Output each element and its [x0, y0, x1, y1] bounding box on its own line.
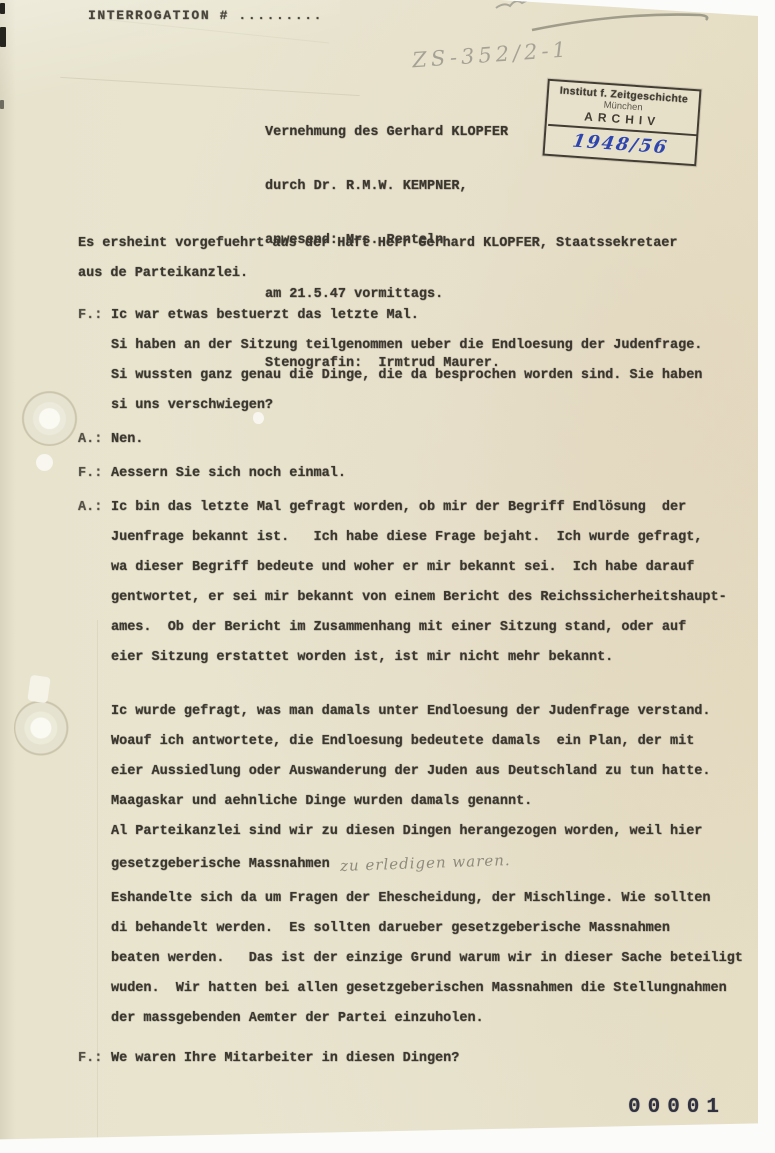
transcript-block: F.:Ic war etwas bestuerzt das letzte Mal…: [78, 301, 750, 421]
document-header: INTERROGATION # .........: [88, 8, 323, 23]
speaker-label: F.:: [78, 1044, 102, 1074]
transcript-line: gentwortet, er sei mir bekannt von einem…: [111, 583, 750, 613]
transcript-block: Es ersheint vorgefuehrt aus der Haft Her…: [78, 229, 750, 289]
scan-edge-mark: [0, 3, 5, 14]
transcript-line: Maagaskar und aehnliche Dinge wurden dam…: [111, 787, 750, 817]
transcript-line: Nen.: [111, 425, 750, 455]
transcript-line: eier Aussiedlung oder Auswanderung der J…: [111, 757, 750, 787]
transcript-line: Si haben an der Sitzung teilgenommen ueb…: [111, 331, 750, 361]
transcript-line: Eshandelte sich da um Fragen der Ehesche…: [111, 884, 750, 914]
transcript-block: A.:Ic bin das letzte Mal gefragt worden,…: [78, 493, 750, 1034]
transcript-line: wa dieser Begriff bedeute und woher er m…: [111, 553, 750, 583]
scan-edge-mark: [0, 100, 4, 109]
transcript-line: Woauf ich antwortete, die Endloesung bed…: [111, 727, 750, 757]
transcript-line: di behandelt werden. Es sollten darueber…: [111, 914, 750, 944]
heading-line: Vernehmung des Gerhard KLOPFER: [265, 124, 508, 142]
paper-patch: [27, 675, 50, 704]
heading-line: durch Dr. R.M.W. KEMPNER,: [265, 178, 508, 196]
punch-hole-reinforcement: [14, 699, 70, 757]
transcript-block: F.:Aessern Sie sich noch einmal.: [78, 459, 750, 489]
speaker-label: F.:: [78, 301, 102, 331]
punch-hole-reinforcement: [21, 389, 78, 446]
transcript-block: A.:Nen.: [78, 425, 750, 455]
speaker-label: A.:: [78, 425, 102, 455]
transcript-line: Si wussten ganz genau die Dinge, die da …: [111, 361, 750, 391]
archive-stamp: Institut f. Zeitgeschichte München ARCHI…: [543, 79, 702, 167]
page-number-stamp: 00001: [628, 1096, 726, 1119]
transcript-line: Aessern Sie sich noch einmal.: [111, 459, 750, 489]
speaker-label: F.:: [78, 459, 102, 489]
pencil-signature: ZS-352/2-1: [411, 32, 652, 73]
scan-edge-mark: [0, 27, 6, 47]
transcript-block: F.:We waren Ihre Mitarbeiter in diesen D…: [78, 1044, 750, 1074]
handwritten-note: zu erledigen waren.: [339, 845, 511, 881]
paper-flaw-dot: [36, 454, 53, 471]
transcript-line: beaten werden. Das ist der einzige Grund…: [111, 944, 750, 974]
transcript-line: Juenfrage bekannt ist. Ich habe diese Fr…: [111, 523, 750, 553]
paper-flaw-dot: [253, 412, 264, 424]
transcript-line: ames. Ob der Bericht im Zusammenhang mit…: [111, 613, 750, 643]
transcript-line: si uns verschwiegen?: [111, 391, 750, 421]
transcript-line: Es ersheint vorgefuehrt aus der Haft Her…: [78, 229, 750, 259]
transcript-line: gesetzgeberische Massnahmenzu erledigen …: [111, 847, 750, 880]
transcript-line: wuden. Wir hatten bei allen gesetzgeberi…: [111, 974, 750, 1004]
transcript: Es ersheint vorgefuehrt aus der Haft Her…: [78, 229, 750, 1074]
transcript-line: Al Parteikanzlei sind wir zu diesen Ding…: [111, 817, 750, 847]
transcript-line: der massgebenden Aemter der Partei einzu…: [111, 1004, 750, 1034]
speaker-label: A.:: [78, 493, 102, 523]
transcript-line: We waren Ihre Mitarbeiter in diesen Ding…: [111, 1044, 750, 1074]
document-page: INTERROGATION # ......... ZS-352/2-1 Ver…: [0, 0, 758, 1144]
transcript-line: Ic bin das letzte Mal gefragt worden, ob…: [111, 493, 750, 523]
transcript-line: Ic wurde gefragt, was man damals unter E…: [111, 697, 750, 727]
transcript-line: eier Sitzung erstattet worden ist, ist m…: [111, 643, 750, 673]
transcript-line: Ic war etwas bestuerzt das letzte Mal.: [111, 301, 750, 331]
transcript-line: aus de Parteikanzlei.: [78, 259, 750, 289]
